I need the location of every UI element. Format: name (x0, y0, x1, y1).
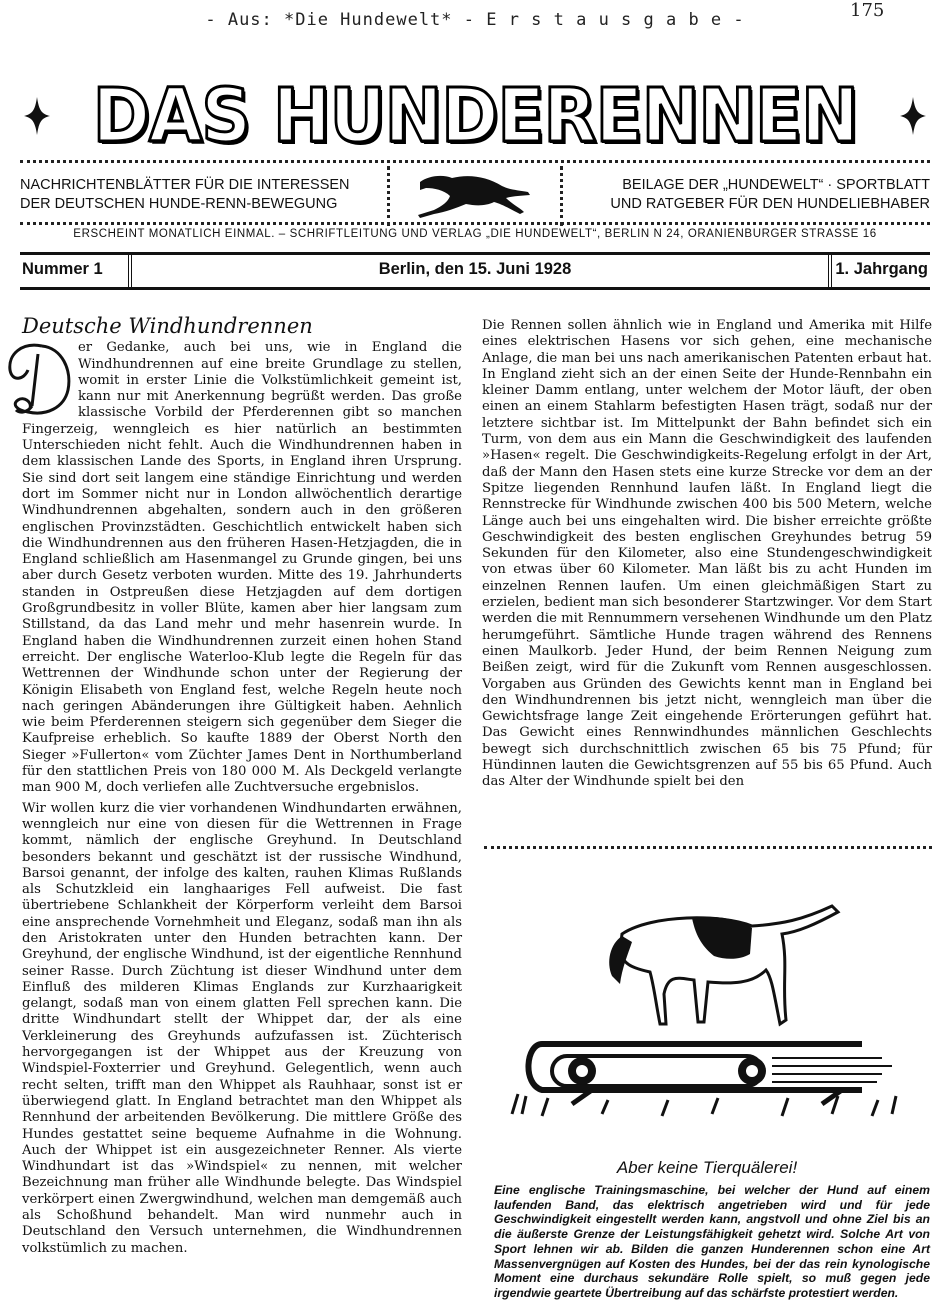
dotted-divider (20, 160, 930, 163)
star-ornament-icon (900, 97, 926, 135)
dotted-divider (20, 222, 930, 225)
article-title: Deutsche Windhundrennen (22, 318, 462, 334)
masthead-title: DAS HUNDERENNEN (93, 80, 858, 152)
paragraph: Wir wollen kurz die vier vorhandenen Win… (22, 801, 462, 1257)
figure (482, 844, 932, 1148)
paragraph: er Gedanke, auch bei uns, wie in England… (22, 340, 462, 796)
subtitle-left: NACHRICHTENBLÄTTER FÜR DIE INTERESSEN DE… (20, 176, 350, 214)
dog-on-treadmill-icon (482, 844, 932, 1144)
caption-text: Eine englische Trainingsmaschine, bei we… (494, 1183, 930, 1301)
paragraph: Die Rennen sollen ähnlich wie in England… (482, 318, 932, 791)
subtitle-right: BEILAGE DER „HUNDEWELT“ · SPORTBLATT UND… (610, 176, 930, 214)
article-right-column: Die Rennen sollen ähnlich wie in England… (482, 318, 932, 791)
page-number: 175 (850, 0, 884, 21)
greyhound-logo (387, 166, 563, 226)
divider (828, 255, 832, 287)
source-line: - Aus: *Die Hundewelt* - E r s t a u s g… (0, 10, 950, 30)
issue-bar: Nummer 1 Berlin, den 15. Juni 1928 1. Ja… (20, 252, 930, 290)
running-greyhound-icon (390, 166, 560, 226)
ornamental-drop-cap-icon (2, 340, 74, 418)
publisher-line: ERSCHEINT MONATLICH EINMAL. – SCHRIFTLEI… (20, 228, 930, 240)
subtitle-band: NACHRICHTENBLÄTTER FÜR DIE INTERESSEN DE… (20, 172, 930, 222)
issue-date: Berlin, den 15. Juni 1928 (20, 260, 930, 279)
star-ornament-icon (24, 97, 50, 135)
volume: 1. Jahrgang (835, 260, 928, 279)
article-left-column: Deutsche Windhundrennen er Gedanke, auch… (22, 318, 462, 1257)
caption-title: Aber keine Tierquälerei! (482, 1158, 932, 1178)
masthead: DAS HUNDERENNEN (20, 80, 930, 152)
